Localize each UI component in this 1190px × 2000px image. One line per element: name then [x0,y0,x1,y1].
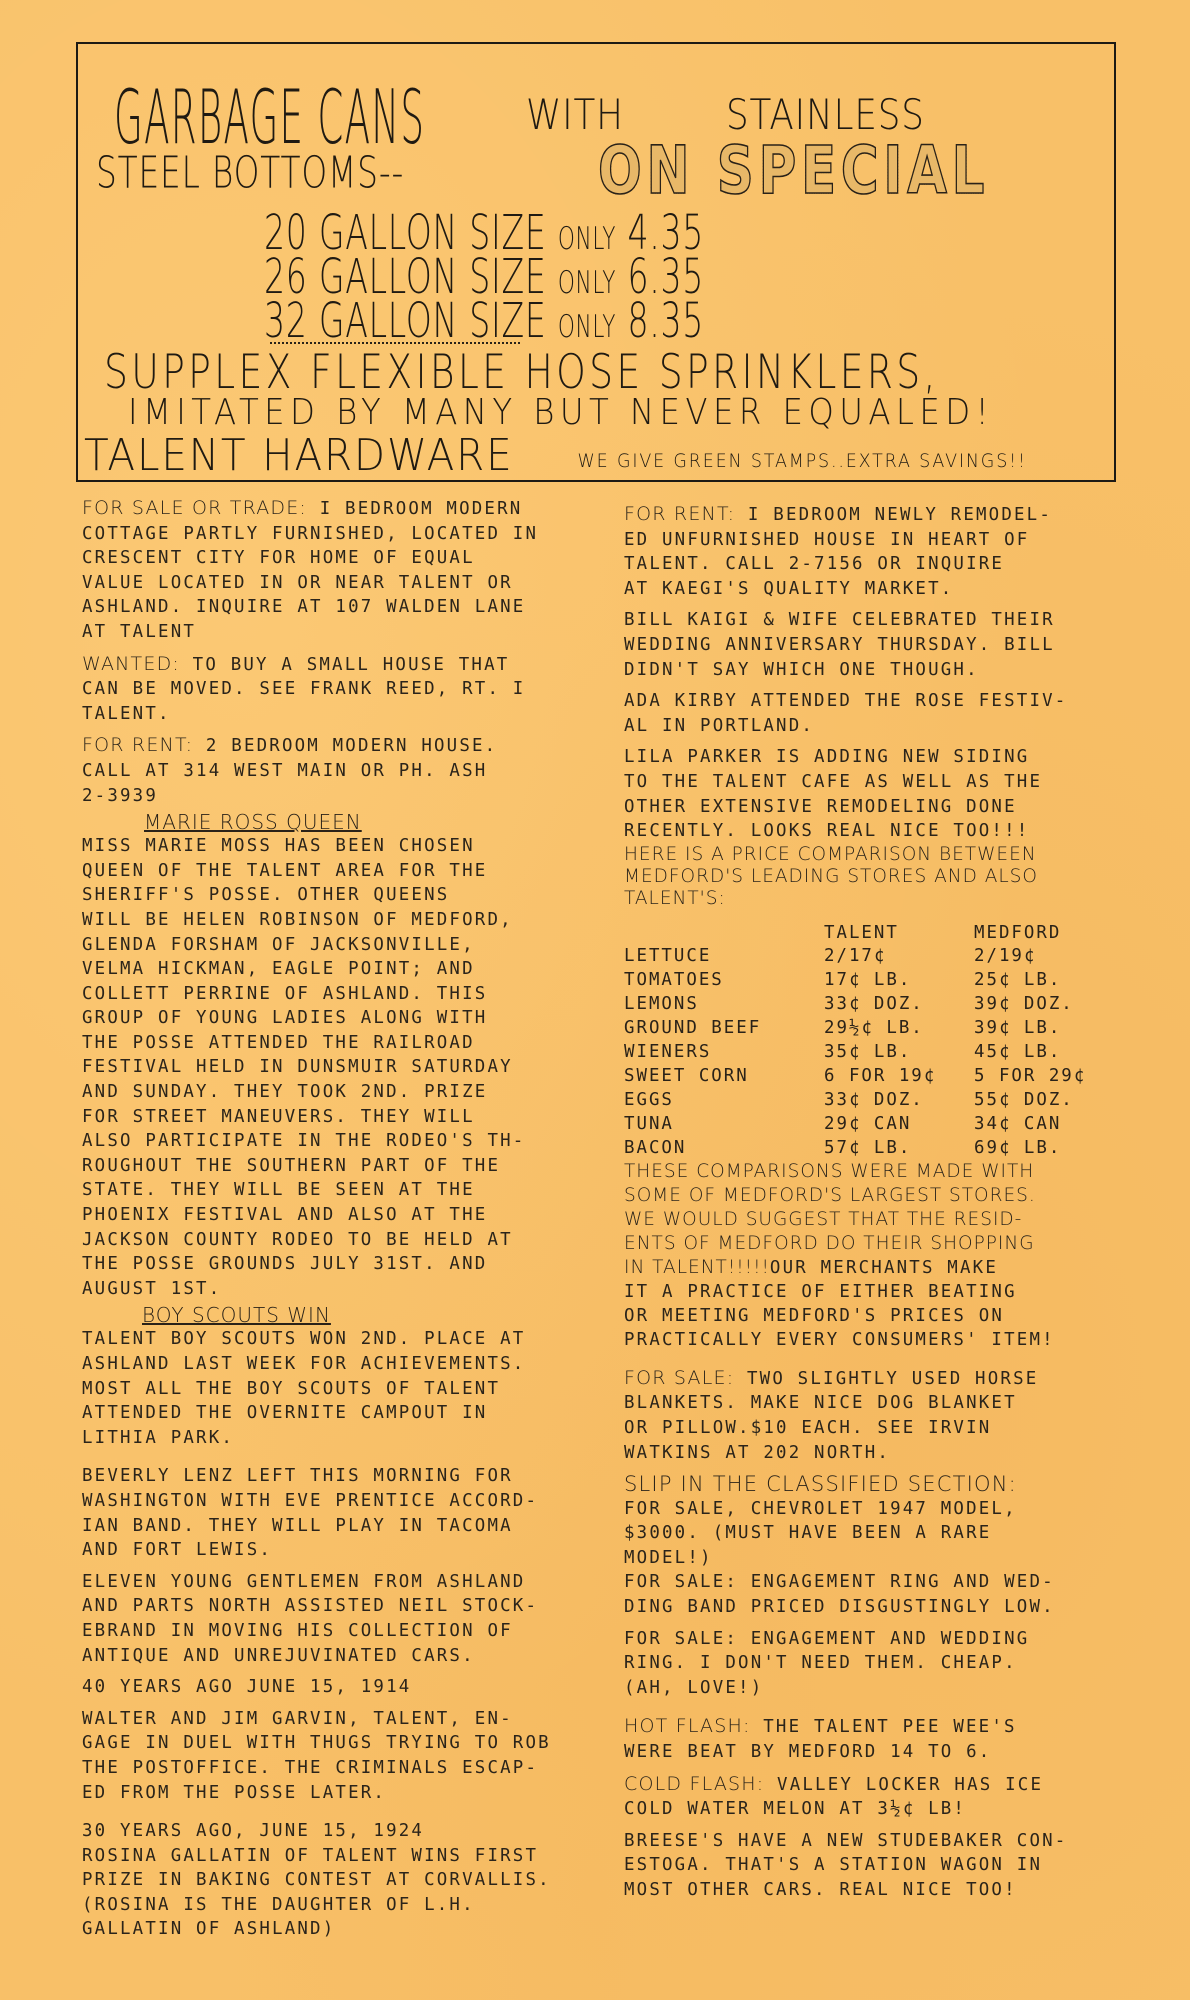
column-header-item [624,922,824,944]
item-lead: FOR SALE OR TRADE: [82,497,307,519]
ad-size: 32 GALLON SIZE [264,292,547,349]
ad-store-name: TALENT HARDWARE [84,430,514,481]
kaigi-story: Bill Kaigi & Wife celebrated their weddi… [624,608,1134,682]
table-header-row: Talent Medford [624,922,1086,944]
right-column: FOR RENT: I Bedroom newly remodel- ed un… [624,502,1134,1903]
for-rent-item: FOR RENT: 2 bedroom modern house. call a… [82,733,622,808]
table-row: Lettuce2/17¢2/19¢ [624,944,1086,968]
price-item: Sweet Corn [624,1064,824,1088]
hot-flash-item: HOT FLASH: The Talent Pee Wee's were bea… [624,1714,1134,1764]
price-medford: 69¢ lb. [974,1136,1086,1160]
price-talent: 35¢ lb. [824,1040,974,1064]
ad-sprinklers: SUPPLEX FLEXIBLE HOSE SPRINKLERS, [104,344,939,399]
breese-story: Breese's have a new Studebaker Con- esto… [624,1829,1134,1903]
comparison-intro: HERE IS A PRICE COMPARISON BETWEEN MEDFO… [624,844,1134,910]
horse-blankets-item: FOR SALE: Two slightly used horse blanke… [624,1366,1134,1465]
ring-ad-1: For Sale: Engagement ring and wed- ding … [624,1570,1134,1619]
item-lead: WANTED: [82,653,180,675]
price-medford: 45¢ lb. [974,1040,1086,1064]
price-talent: 6 for 19¢ [824,1064,974,1088]
forty-years-story: Walter and Jim Garvin, Talent, En- gage … [82,1707,622,1805]
scouts-heading: BOY SCOUTS WIN [142,1303,331,1327]
price-item: Lettuce [624,944,824,968]
price-talent: 2/17¢ [824,944,974,968]
column-header-medford: Medford [974,922,1086,944]
thirty-years-story: Rosina Gallatin of Talent wins first pri… [82,1844,622,1942]
thirty-years-heading: 30 Years ago, June 15, 1924 [82,1819,622,1844]
scouts-story: Talent Boy Scouts won 2nd. place at Ashl… [82,1327,622,1450]
ad-steel-bottoms: STEEL BOTTOMS-- [96,148,404,199]
for-rent-item: FOR RENT: I Bedroom newly remodel- ed un… [624,502,1134,601]
ad-size-row: 32 GALLON SIZE ONLY 8.35 [264,292,704,349]
table-row: Lemons33¢ doz.39¢ doz. [624,992,1086,1016]
table-row: Tomatoes17¢ lb.25¢ lb. [624,968,1086,992]
price-talent: 33¢ doz. [824,992,974,1016]
price-talent: 17¢ lb. [824,968,974,992]
column-header-talent: Talent [824,922,974,944]
item-lead: FOR RENT: [624,503,735,525]
price-item: Tuna [624,1112,824,1136]
price-medford: 39¢ lb. [974,1016,1086,1040]
item-text: I bedroom modern cottage partly furnishe… [82,499,538,642]
table-row: Eggs33¢ doz.55¢ doz. [624,1088,1086,1112]
ad-green-stamps: WE GIVE GREEN STAMPS..EXTRA SAVINGS!! [578,450,1027,472]
left-column: FOR SALE OR TRADE: I bedroom modern cott… [82,496,622,1942]
table-row: Wieners35¢ lb.45¢ lb. [624,1040,1086,1064]
item-lead: FOR RENT: [82,734,193,756]
price-item: Bacon [624,1136,824,1160]
forty-years-heading: 40 years ago June 15, 1914 [82,1675,622,1700]
wanted-item: WANTED: To buy a small house that can be… [82,652,622,727]
ad-price: 8.35 [627,292,704,349]
cold-flash-item: COLD FLASH: Valley Locker has ice cold w… [624,1772,1134,1822]
classified-heading: SLIP IN THE CLASSIFIED SECTION: [624,1472,1134,1497]
price-talent: 57¢ lb. [824,1136,974,1160]
price-medford: 25¢ lb. [974,968,1086,992]
price-medford: 55¢ doz. [974,1088,1086,1112]
table-row: Sweet Corn6 for 19¢5 for 29¢ [624,1064,1086,1088]
price-medford: 34¢ can [974,1112,1086,1136]
lenz-story: Beverly Lenz left this morning for washi… [82,1464,622,1562]
chevrolet-ad: For sale, Chevrolet 1947 model, $3000. (… [624,1497,1134,1571]
kirby-story: Ada Kirby attended the Rose Festiv- al i… [624,689,1134,738]
ad-on-special: ON SPECIAL [598,132,989,209]
price-talent: 33¢ doz. [824,1088,974,1112]
price-item: Ground Beef [624,1016,824,1040]
ring-ad-2: For Sale: Engagement and Wedding ring. I… [624,1627,1134,1701]
table-row: Tuna29¢ can34¢ can [624,1112,1086,1136]
ad-imitated: IMITATED BY MANY BUT NEVER EQUALED! [128,392,994,433]
ad-only: ONLY [558,309,616,346]
hardware-advertisement: GARBAGE CANS WITH STAINLESS STEEL BOTTOM… [76,42,1116,482]
price-item: Eggs [624,1088,824,1112]
item-lead: COLD FLASH: [624,1773,764,1795]
price-item: Tomatoes [624,968,824,992]
price-medford: 39¢ doz. [974,992,1086,1016]
item-lead: HOT FLASH: [624,1715,751,1737]
price-talent: 29½¢ lb. [824,1016,974,1040]
for-sale-or-trade-item: FOR SALE OR TRADE: I bedroom modern cott… [82,496,622,645]
gentlemen-story: Eleven young gentlemen from Ashland and … [82,1570,622,1668]
price-item: Wieners [624,1040,824,1064]
queen-story: Miss Marie Moss has been chosen queen of… [82,834,622,1301]
table-row: Bacon57¢ lb.69¢ lb. [624,1136,1086,1160]
price-comparison-table: Talent Medford Lettuce2/17¢2/19¢Tomatoes… [624,922,1086,1160]
price-talent: 29¢ can [824,1112,974,1136]
item-lead: FOR SALE: [624,1367,734,1389]
price-medford: 2/19¢ [974,944,1086,968]
parker-story: Lila Parker is adding new siding to the … [624,745,1134,843]
table-row: Ground Beef29½¢ lb.39¢ lb. [624,1016,1086,1040]
queen-heading: MARIE ROSS QUEEN [144,810,362,834]
price-item: Lemons [624,992,824,1016]
price-medford: 5 for 29¢ [974,1064,1086,1088]
comparison-outro: THESE COMPARISONS WERE MADE WITH SOME OF… [624,1160,1134,1352]
